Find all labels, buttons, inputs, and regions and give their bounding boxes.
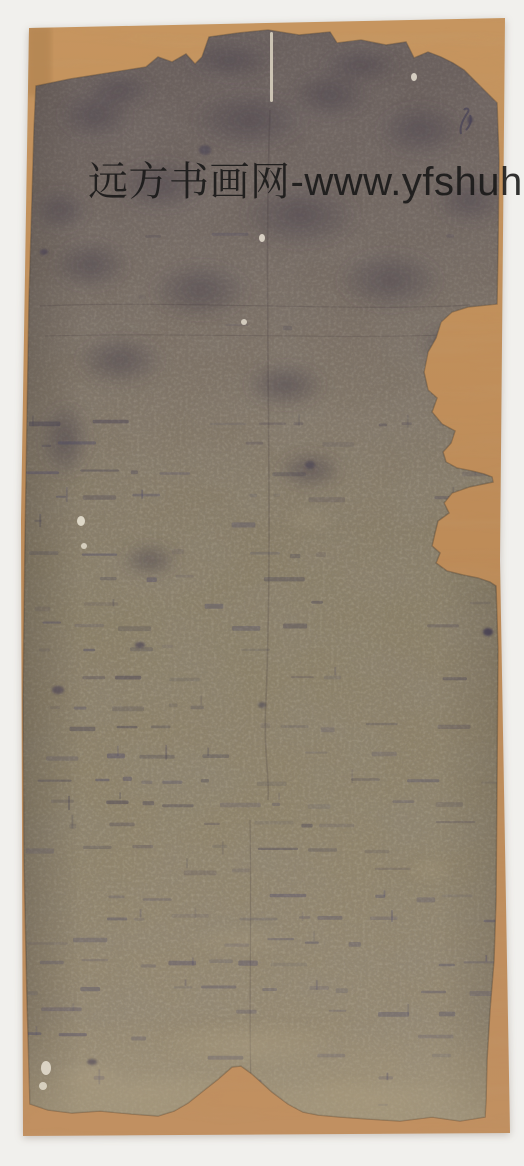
manuscript-fragment xyxy=(20,18,520,1140)
manuscript-photo: 远方书画网-www.yfshuhua. xyxy=(0,0,524,1166)
artifact-image xyxy=(0,0,524,1166)
